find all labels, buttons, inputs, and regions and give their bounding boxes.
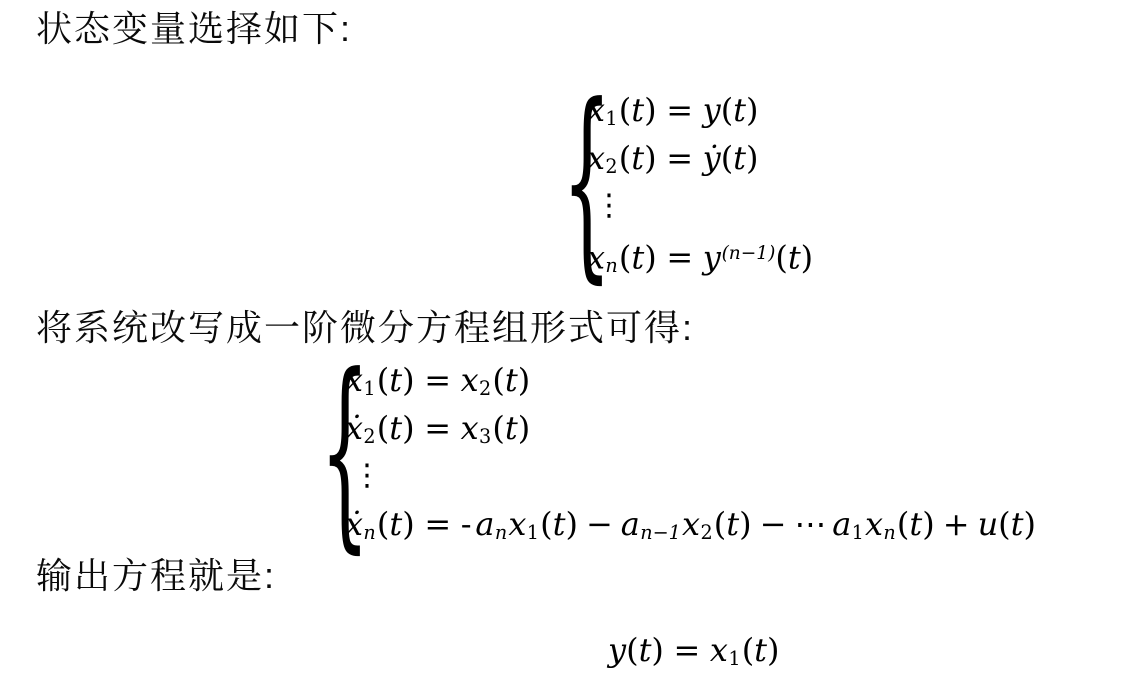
math-token: 1 bbox=[527, 521, 539, 544]
math-token: n bbox=[883, 521, 895, 544]
equation-line-xn: xn(t)=y(n−1)(t) bbox=[587, 230, 813, 278]
math-token: x bbox=[865, 505, 883, 543]
math-token: x bbox=[461, 409, 479, 447]
equation-line-xdotn: ẋn(t)=-anx1(t)−an−1x2(t)−⋯a1xn(t)+u(t) bbox=[345, 500, 1036, 548]
math-token: t bbox=[389, 505, 402, 543]
math-token: ( bbox=[721, 91, 733, 129]
math-token: 2 bbox=[700, 521, 712, 544]
math-token: = bbox=[415, 361, 461, 399]
math-token: − bbox=[752, 505, 795, 543]
math-token: ) bbox=[746, 91, 758, 129]
math-token: ( bbox=[492, 361, 504, 399]
math-token: y bbox=[703, 91, 721, 129]
math-token: t bbox=[631, 139, 644, 177]
equation-line-x2: x2(t)=ẏ(t) bbox=[587, 134, 813, 182]
equation-output: y(t)=x1(t) bbox=[608, 626, 780, 674]
math-token: t bbox=[631, 238, 644, 276]
equation-lines: x1(t)=y(t) x2(t)=ẏ(t) ⋮ xn(t)=y(n−1)(t) bbox=[587, 86, 813, 278]
math-token: t bbox=[733, 91, 746, 129]
math-token: ⋯ bbox=[794, 505, 832, 543]
math-token: ( bbox=[619, 91, 631, 129]
math-token: t bbox=[631, 91, 644, 129]
math-token: ) bbox=[644, 238, 656, 276]
math-token: ( bbox=[897, 505, 909, 543]
left-curly-brace: { bbox=[320, 356, 345, 548]
math-token: x bbox=[710, 631, 728, 669]
math-token: t bbox=[505, 361, 518, 399]
math-token: ) bbox=[402, 361, 414, 399]
math-token: = bbox=[664, 631, 710, 669]
math-token: x bbox=[682, 505, 700, 543]
math-token: ) bbox=[767, 631, 779, 669]
math-token: y bbox=[703, 238, 721, 276]
math-token: ) bbox=[518, 409, 530, 447]
equation-line-x1: x1(t)=y(t) bbox=[587, 86, 813, 134]
math-token: ( bbox=[492, 409, 504, 447]
math-token: a bbox=[832, 505, 851, 543]
math-token: t bbox=[726, 505, 739, 543]
left-curly-brace: { bbox=[562, 86, 587, 278]
math-token: t bbox=[1011, 505, 1024, 543]
math-token: ( bbox=[540, 505, 552, 543]
math-token: t bbox=[389, 409, 402, 447]
math-token: = bbox=[415, 409, 461, 447]
math-token: a bbox=[475, 505, 494, 543]
math-token: y bbox=[608, 631, 626, 669]
math-token: ( bbox=[619, 139, 631, 177]
math-token: 3 bbox=[479, 425, 491, 448]
math-token: a bbox=[621, 505, 640, 543]
math-token: ( bbox=[626, 631, 638, 669]
math-token: t bbox=[909, 505, 922, 543]
vertical-dots-line: ⋮ bbox=[587, 182, 813, 230]
math-token: ẏ bbox=[703, 139, 721, 177]
math-token: = bbox=[657, 91, 703, 129]
math-token: ) bbox=[801, 238, 813, 276]
math-token: ( bbox=[998, 505, 1010, 543]
paragraph-state-variables: 状态变量选择如下: bbox=[36, 8, 352, 50]
math-token: ( bbox=[377, 409, 389, 447]
math-token: = bbox=[657, 139, 703, 177]
math-token: ) bbox=[402, 409, 414, 447]
math-token: - bbox=[461, 505, 476, 543]
math-token: 1 bbox=[852, 521, 864, 544]
paragraph-output-equation: 输出方程就是: bbox=[36, 555, 276, 597]
math-token: ) bbox=[746, 139, 758, 177]
math-token: ( bbox=[721, 139, 733, 177]
math-token: t bbox=[733, 139, 746, 177]
math-token: t bbox=[788, 238, 801, 276]
math-token: ( bbox=[775, 238, 787, 276]
document-page: 状态变量选择如下: { x1(t)=y(t) x2(t)=ẏ(t) ⋮ xn(t… bbox=[0, 0, 1121, 685]
math-token: (n−1) bbox=[722, 243, 776, 264]
math-token: t bbox=[754, 631, 767, 669]
math-token: = bbox=[657, 238, 703, 276]
math-token: ( bbox=[377, 361, 389, 399]
math-token: x bbox=[508, 505, 526, 543]
math-token: u bbox=[978, 505, 999, 543]
math-token: x bbox=[461, 361, 479, 399]
math-token: = bbox=[415, 505, 461, 543]
vertical-dots-line: ⋮ bbox=[345, 452, 1036, 500]
equation-lines: ẋ1(t)=x2(t) ẋ2(t)=x3(t) ⋮ ẋn(t)=-anx1(t)… bbox=[345, 356, 1036, 548]
math-token: ) bbox=[565, 505, 577, 543]
math-token: ) bbox=[739, 505, 751, 543]
equation-block-state-equations: { ẋ1(t)=x2(t) ẋ2(t)=x3(t) ⋮ ẋn(t)=-anx1(… bbox=[320, 356, 1036, 548]
math-token: − bbox=[578, 505, 621, 543]
math-token: ) bbox=[651, 631, 663, 669]
math-token: ) bbox=[922, 505, 934, 543]
equation-block-state-variables: { x1(t)=y(t) x2(t)=ẏ(t) ⋮ xn(t)=y(n−1)(t… bbox=[562, 86, 813, 278]
math-token: t bbox=[505, 409, 518, 447]
math-token: t bbox=[553, 505, 566, 543]
math-token: ) bbox=[1024, 505, 1036, 543]
math-token: ( bbox=[377, 505, 389, 543]
math-token: ) bbox=[644, 139, 656, 177]
math-token: ) bbox=[518, 361, 530, 399]
equation-line-xdot2: ẋ2(t)=x3(t) bbox=[345, 404, 1036, 452]
math-token: ( bbox=[714, 505, 726, 543]
math-token: ( bbox=[742, 631, 754, 669]
math-token: t bbox=[389, 361, 402, 399]
math-token: ( bbox=[619, 238, 631, 276]
math-token: n−1 bbox=[640, 521, 681, 544]
curly-brace-glyph: { bbox=[320, 349, 370, 556]
math-token: n bbox=[495, 521, 507, 544]
curly-brace-glyph: { bbox=[562, 79, 612, 286]
equation-line-xdot1: ẋ1(t)=x2(t) bbox=[345, 356, 1036, 404]
math-token: t bbox=[639, 631, 652, 669]
math-token: ) bbox=[402, 505, 414, 543]
math-token: + bbox=[935, 505, 978, 543]
math-token: 1 bbox=[728, 647, 740, 670]
math-token: 2 bbox=[479, 377, 491, 400]
math-token: ) bbox=[644, 91, 656, 129]
